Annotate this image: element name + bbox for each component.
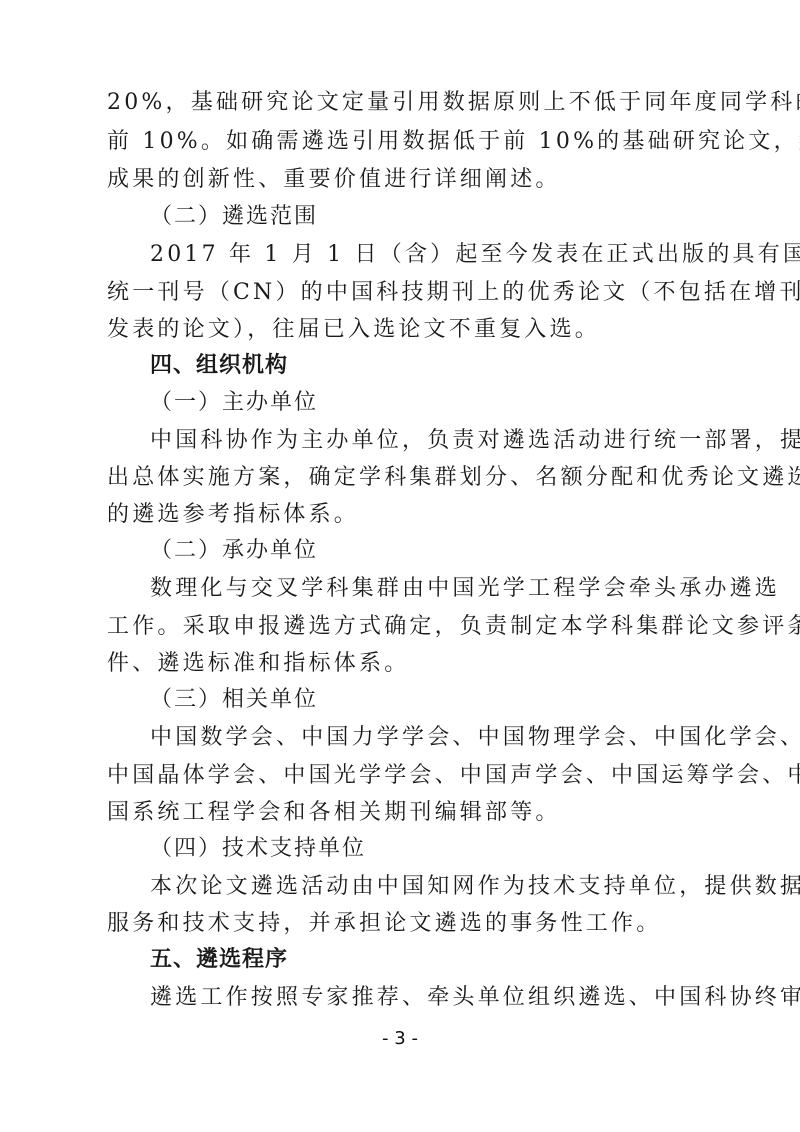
paragraph-line: 出总体实施方案，确定学科集群划分、名额分配和优秀论文遴选 [107,464,701,492]
paragraph-line: 遴选工作按照专家推荐、牵头单位组织遴选、中国科协终审 [150,984,701,1012]
paragraph-line: 的遴选参考指标体系。 [107,501,701,529]
document-page: 20%，基础研究论文定量引用数据原则上不低于同年度同学科的 前 10%。如确需遴… [0,0,800,1132]
paragraph-line: 服务和技术支持，并承担论文遴选的事务性工作。 [107,910,701,938]
section-subheading: （一）主办单位 [150,389,701,417]
paragraph-line: 数理化与交叉学科集群由中国光学工程学会牵头承办遴选 [150,575,701,603]
section-subheading: （二）承办单位 [150,537,701,565]
section-subheading: （四）技术支持单位 [150,835,701,863]
paragraph-line: 件、遴选标准和指标体系。 [107,650,701,678]
paragraph-line: 成果的创新性、重要价值进行详细阐述。 [107,166,701,194]
paragraph-line: 前 10%。如确需遴选引用数据低于前 10%的基础研究论文，须对 [107,128,701,156]
section-subheading: （三）相关单位 [150,686,701,714]
section-heading: 五、遴选程序 [150,946,701,974]
section-heading: 四、组织机构 [150,352,701,380]
paragraph-line: 中国数学会、中国力学学会、中国物理学会、中国化学会、 [150,724,701,752]
paragraph-line: 发表的论文），往届已入选论文不重复入选。 [107,316,701,344]
section-subheading: （二）遴选范围 [150,203,701,231]
page-number: - 3 - [0,1028,800,1049]
paragraph-line: 统一刊号（CN）的中国科技期刊上的优秀论文（不包括在增刊上 [107,279,701,307]
paragraph-line: 中国晶体学会、中国光学学会、中国声学会、中国运筹学会、中 [107,762,701,790]
paragraph-line: 20%，基础研究论文定量引用数据原则上不低于同年度同学科的 [107,89,701,117]
paragraph-line: 国系统工程学会和各相关期刊编辑部等。 [107,799,701,827]
paragraph-line: 本次论文遴选活动由中国知网作为技术支持单位，提供数据 [150,873,701,901]
paragraph-line: 2017 年 1 月 1 日（含）起至今发表在正式出版的具有国内 [150,241,701,269]
paragraph-line: 中国科协作为主办单位，负责对遴选活动进行统一部署，提 [150,427,701,455]
paragraph-line: 工作。采取申报遴选方式确定，负责制定本学科集群论文参评条 [107,613,701,641]
